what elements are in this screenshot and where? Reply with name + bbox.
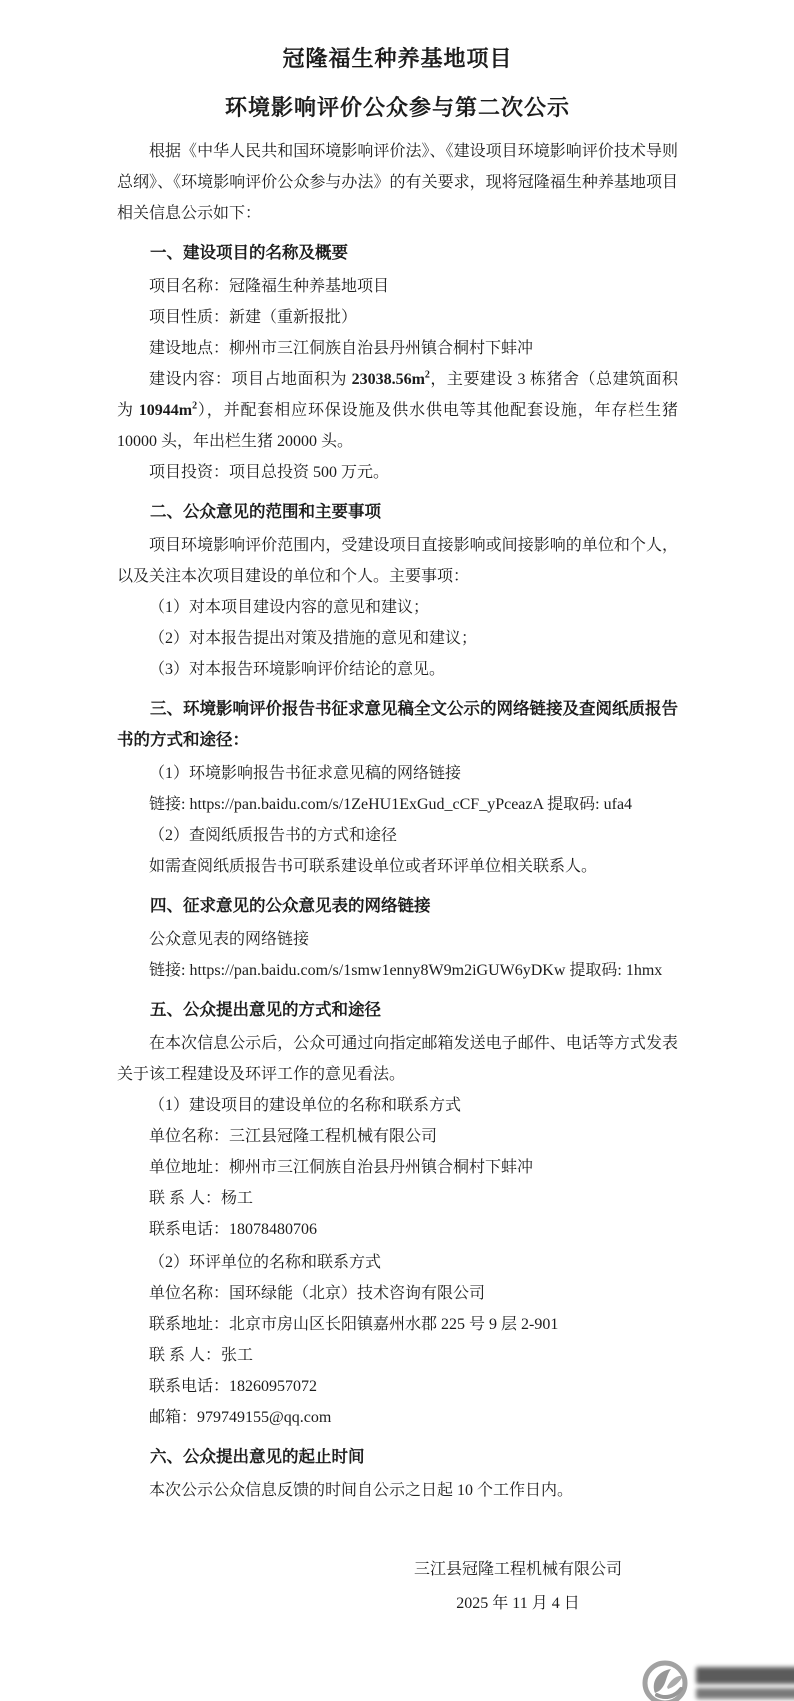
opinion-form-link-line: 链接: https://pan.baidu.com/s/1smw1enny8W9… (117, 955, 678, 986)
document-title-line1: 冠隆福生种养基地项目 (117, 44, 678, 74)
watermark (641, 1659, 794, 1701)
project-investment-line: 项目投资：项目总投资 500 万元。 (117, 457, 678, 488)
notice-document: 冠隆福生种养基地项目 环境影响评价公众参与第二次公示 根据《中华人民共和国环境影… (0, 0, 794, 1621)
paper-report-note: 如需查阅纸质报告书可联系建设单位或者环评单位相关联系人。 (117, 851, 678, 882)
builder-address-line: 单位地址：柳州市三江侗族自治县丹州镇合桐村下蚌冲 (117, 1152, 678, 1183)
leaf-globe-logo-icon (641, 1659, 689, 1701)
builder-contact-line: 联 系 人：杨工 (117, 1183, 678, 1214)
document-page: 冠隆福生种养基地项目 环境影响评价公众参与第二次公示 根据《中华人民共和国环境影… (0, 0, 794, 1701)
section5-heading: 五、公众提出意见的方式和途径 (117, 995, 678, 1026)
section3-sub2: （2）查阅纸质报告书的方式和途径 (117, 820, 678, 851)
eia-phone-line: 联系电话：18260957072 (117, 1371, 678, 1402)
section3-heading: 三、环境影响评价报告书征求意见稿全文公示的网络链接及查阅纸质报告书的方式和途径： (117, 694, 678, 756)
intro-paragraph: 根据《中华人民共和国环境影响评价法》、《建设项目环境影响评价技术导则 总纲》、《… (117, 136, 678, 229)
section5-sub1: （1）建设项目的建设单位的名称和联系方式 (117, 1090, 678, 1121)
signature-company: 三江县冠隆工程机械有限公司 (413, 1553, 623, 1587)
builder-name-line: 单位名称：三江县冠隆工程机械有限公司 (117, 1121, 678, 1152)
section4-heading: 四、征求意见的公众意见表的网络链接 (117, 891, 678, 922)
opinion-item-2: （2）对本报告提出对策及措施的意见和建议； (117, 623, 678, 654)
project-nature-line: 项目性质：新建（重新报批） (117, 302, 678, 333)
eia-contact-line: 联 系 人：张工 (117, 1340, 678, 1371)
signature-block: 三江县冠隆工程机械有限公司 2025 年 11 月 4 日 (413, 1553, 623, 1621)
builder-phone-line: 联系电话：18078480706 (117, 1214, 678, 1245)
section3-sub1: （1）环境影响报告书征求意见稿的网络链接 (117, 758, 678, 789)
land-area-value: 23038.56m2 (352, 371, 430, 388)
opinion-item-1: （1）对本项目建设内容的意见和建议； (117, 592, 678, 623)
opinion-form-label: 公众意见表的网络链接 (117, 924, 678, 955)
section1-heading: 一、建设项目的名称及概要 (117, 238, 678, 269)
section6-body: 本次公示公众信息反馈的时间自公示之日起 10 个工作日内。 (117, 1475, 678, 1506)
content-text-1: 建设内容：项目占地面积为 (149, 371, 352, 388)
eia-name-line: 单位名称：国环绿能（北京）技术咨询有限公司 (117, 1278, 678, 1309)
section5-body: 在本次信息公示后，公众可通过向指定邮箱发送电子邮件、电话等方式发表关于该工程建设… (117, 1028, 678, 1090)
content-text-3: ），并配套相应环保设施及供水供电等其他配套设施，年存栏生猪 10000 头，年出… (117, 402, 678, 450)
construction-content-paragraph: 建设内容：项目占地面积为 23038.56m2，主要建设 3 栋猪舍（总建筑面积… (117, 364, 678, 457)
watermark-blurred-text (696, 1667, 794, 1699)
building-area-value: 10944m2 (139, 402, 197, 419)
section2-heading: 二、公众意见的范围和主要事项 (117, 497, 678, 528)
section5-sub2: （2）环评单位的名称和联系方式 (117, 1247, 678, 1278)
eia-email-line: 邮箱：979749155@qq.com (117, 1402, 678, 1433)
watermark-text-line2 (696, 1688, 794, 1699)
project-location-line: 建设地点：柳州市三江侗族自治县丹州镇合桐村下蚌冲 (117, 333, 678, 364)
section2-body: 项目环境影响评价范围内，受建设项目直接影响或间接影响的单位和个人，以及关注本次项… (117, 530, 678, 592)
eia-address-line: 联系地址：北京市房山区长阳镇嘉州水郡 225 号 9 层 2-901 (117, 1309, 678, 1340)
report-link-line: 链接: https://pan.baidu.com/s/1ZeHU1ExGud_… (117, 789, 678, 820)
project-name-line: 项目名称：冠隆福生种养基地项目 (117, 271, 678, 302)
signature-date: 2025 年 11 月 4 日 (413, 1587, 623, 1621)
section6-heading: 六、公众提出意见的起止时间 (117, 1442, 678, 1473)
opinion-item-3: （3）对本报告环境影响评价结论的意见。 (117, 654, 678, 685)
watermark-text-line1 (696, 1667, 794, 1684)
document-title-line2: 环境影响评价公众参与第二次公示 (117, 93, 678, 123)
